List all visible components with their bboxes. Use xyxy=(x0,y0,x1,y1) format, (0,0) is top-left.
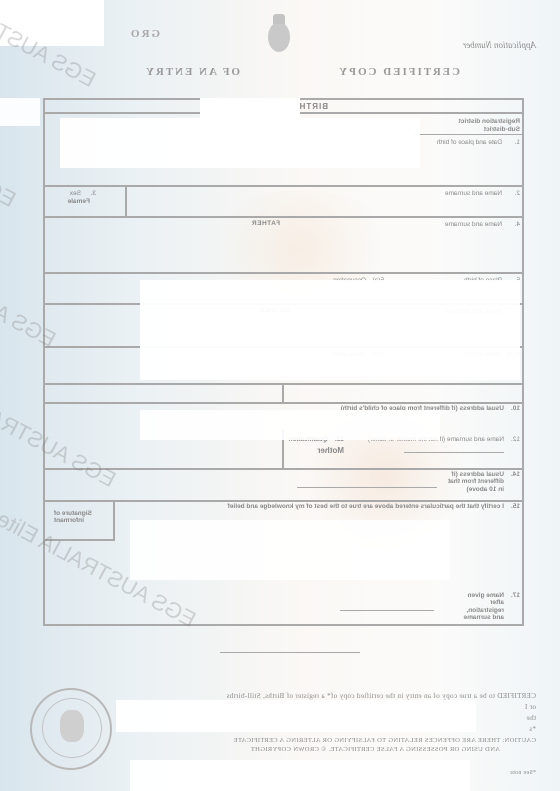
caution-line-1: CAUTION: THERE ARE OFFENCES RELATING TO … xyxy=(233,737,536,744)
divider xyxy=(43,216,524,218)
field-14-label: Usual address (if different from that in… xyxy=(446,471,504,493)
the-label: the xyxy=(526,714,536,722)
field-4-label: Name and surname xyxy=(445,221,502,228)
sex-value: Female xyxy=(68,198,90,205)
application-number-label: Application Number xyxy=(463,40,536,50)
certified-statement: CERTIFIED to be a true copy of an entry … xyxy=(226,692,536,700)
field-3-label: Sex xyxy=(70,190,81,197)
field-1-label: Date and place of birth xyxy=(437,139,502,146)
divider xyxy=(43,500,524,502)
divider xyxy=(43,185,524,187)
underline xyxy=(220,652,360,653)
official-seal-icon xyxy=(30,688,112,770)
or-label: or I xyxy=(525,703,536,711)
caution-line-2: AND USING OR POSSESSING A FALSE CERTIFIC… xyxy=(250,746,500,753)
field-10-number: 10. xyxy=(511,405,520,412)
divider xyxy=(113,500,115,540)
sub-district-label: Sub-district xyxy=(484,126,520,133)
field-14-number: 14. xyxy=(511,471,520,478)
divider xyxy=(282,383,284,403)
field-2-number: 2. xyxy=(515,190,520,197)
registration-district-label: Registration district xyxy=(459,118,520,125)
redaction-block xyxy=(130,760,470,791)
redaction-block xyxy=(130,520,450,580)
signature-of-informant-label: Signature of informant xyxy=(54,510,98,525)
field-15-number: 15. xyxy=(511,503,520,510)
field-4-number: 4. xyxy=(515,221,520,228)
underline xyxy=(297,487,437,488)
redaction-block xyxy=(140,280,520,380)
certificate-page: Application Number CERTIFIED COPY OF AN … xyxy=(0,0,560,791)
redaction-block xyxy=(60,118,420,168)
divider xyxy=(125,185,127,217)
field-1-number: 1. xyxy=(515,139,520,146)
of-an-entry-title: OF AN ENTRY xyxy=(144,66,240,78)
birth-heading: BIRTH xyxy=(299,102,328,111)
field-17-label: Name given after registration, and surna… xyxy=(456,592,504,622)
qualification-value: Mother xyxy=(317,446,344,455)
field-15-label: I certify that the particulars entered a… xyxy=(228,503,504,510)
redaction-block xyxy=(0,98,40,126)
underline xyxy=(404,452,504,453)
redaction-block xyxy=(200,98,300,120)
field-17-number: 17. xyxy=(511,592,520,599)
field-3-number: 3. xyxy=(91,190,96,197)
field-2-label: Name and surname xyxy=(445,190,502,197)
divider xyxy=(43,272,524,274)
see-note: *See note xyxy=(510,770,536,776)
redaction-block xyxy=(140,410,440,440)
star-label: *s xyxy=(529,725,536,733)
divider xyxy=(414,134,524,135)
redaction-block xyxy=(116,700,476,732)
certified-copy-title: CERTIFIED COPY xyxy=(337,66,460,78)
divider xyxy=(43,402,524,404)
father-heading: FATHER xyxy=(251,220,280,227)
serial-prefix: GRO xyxy=(129,28,160,40)
underline xyxy=(340,610,434,611)
crown-icon xyxy=(273,14,285,24)
royal-crest-icon xyxy=(268,22,290,52)
field-12-number: 12. xyxy=(511,436,520,443)
